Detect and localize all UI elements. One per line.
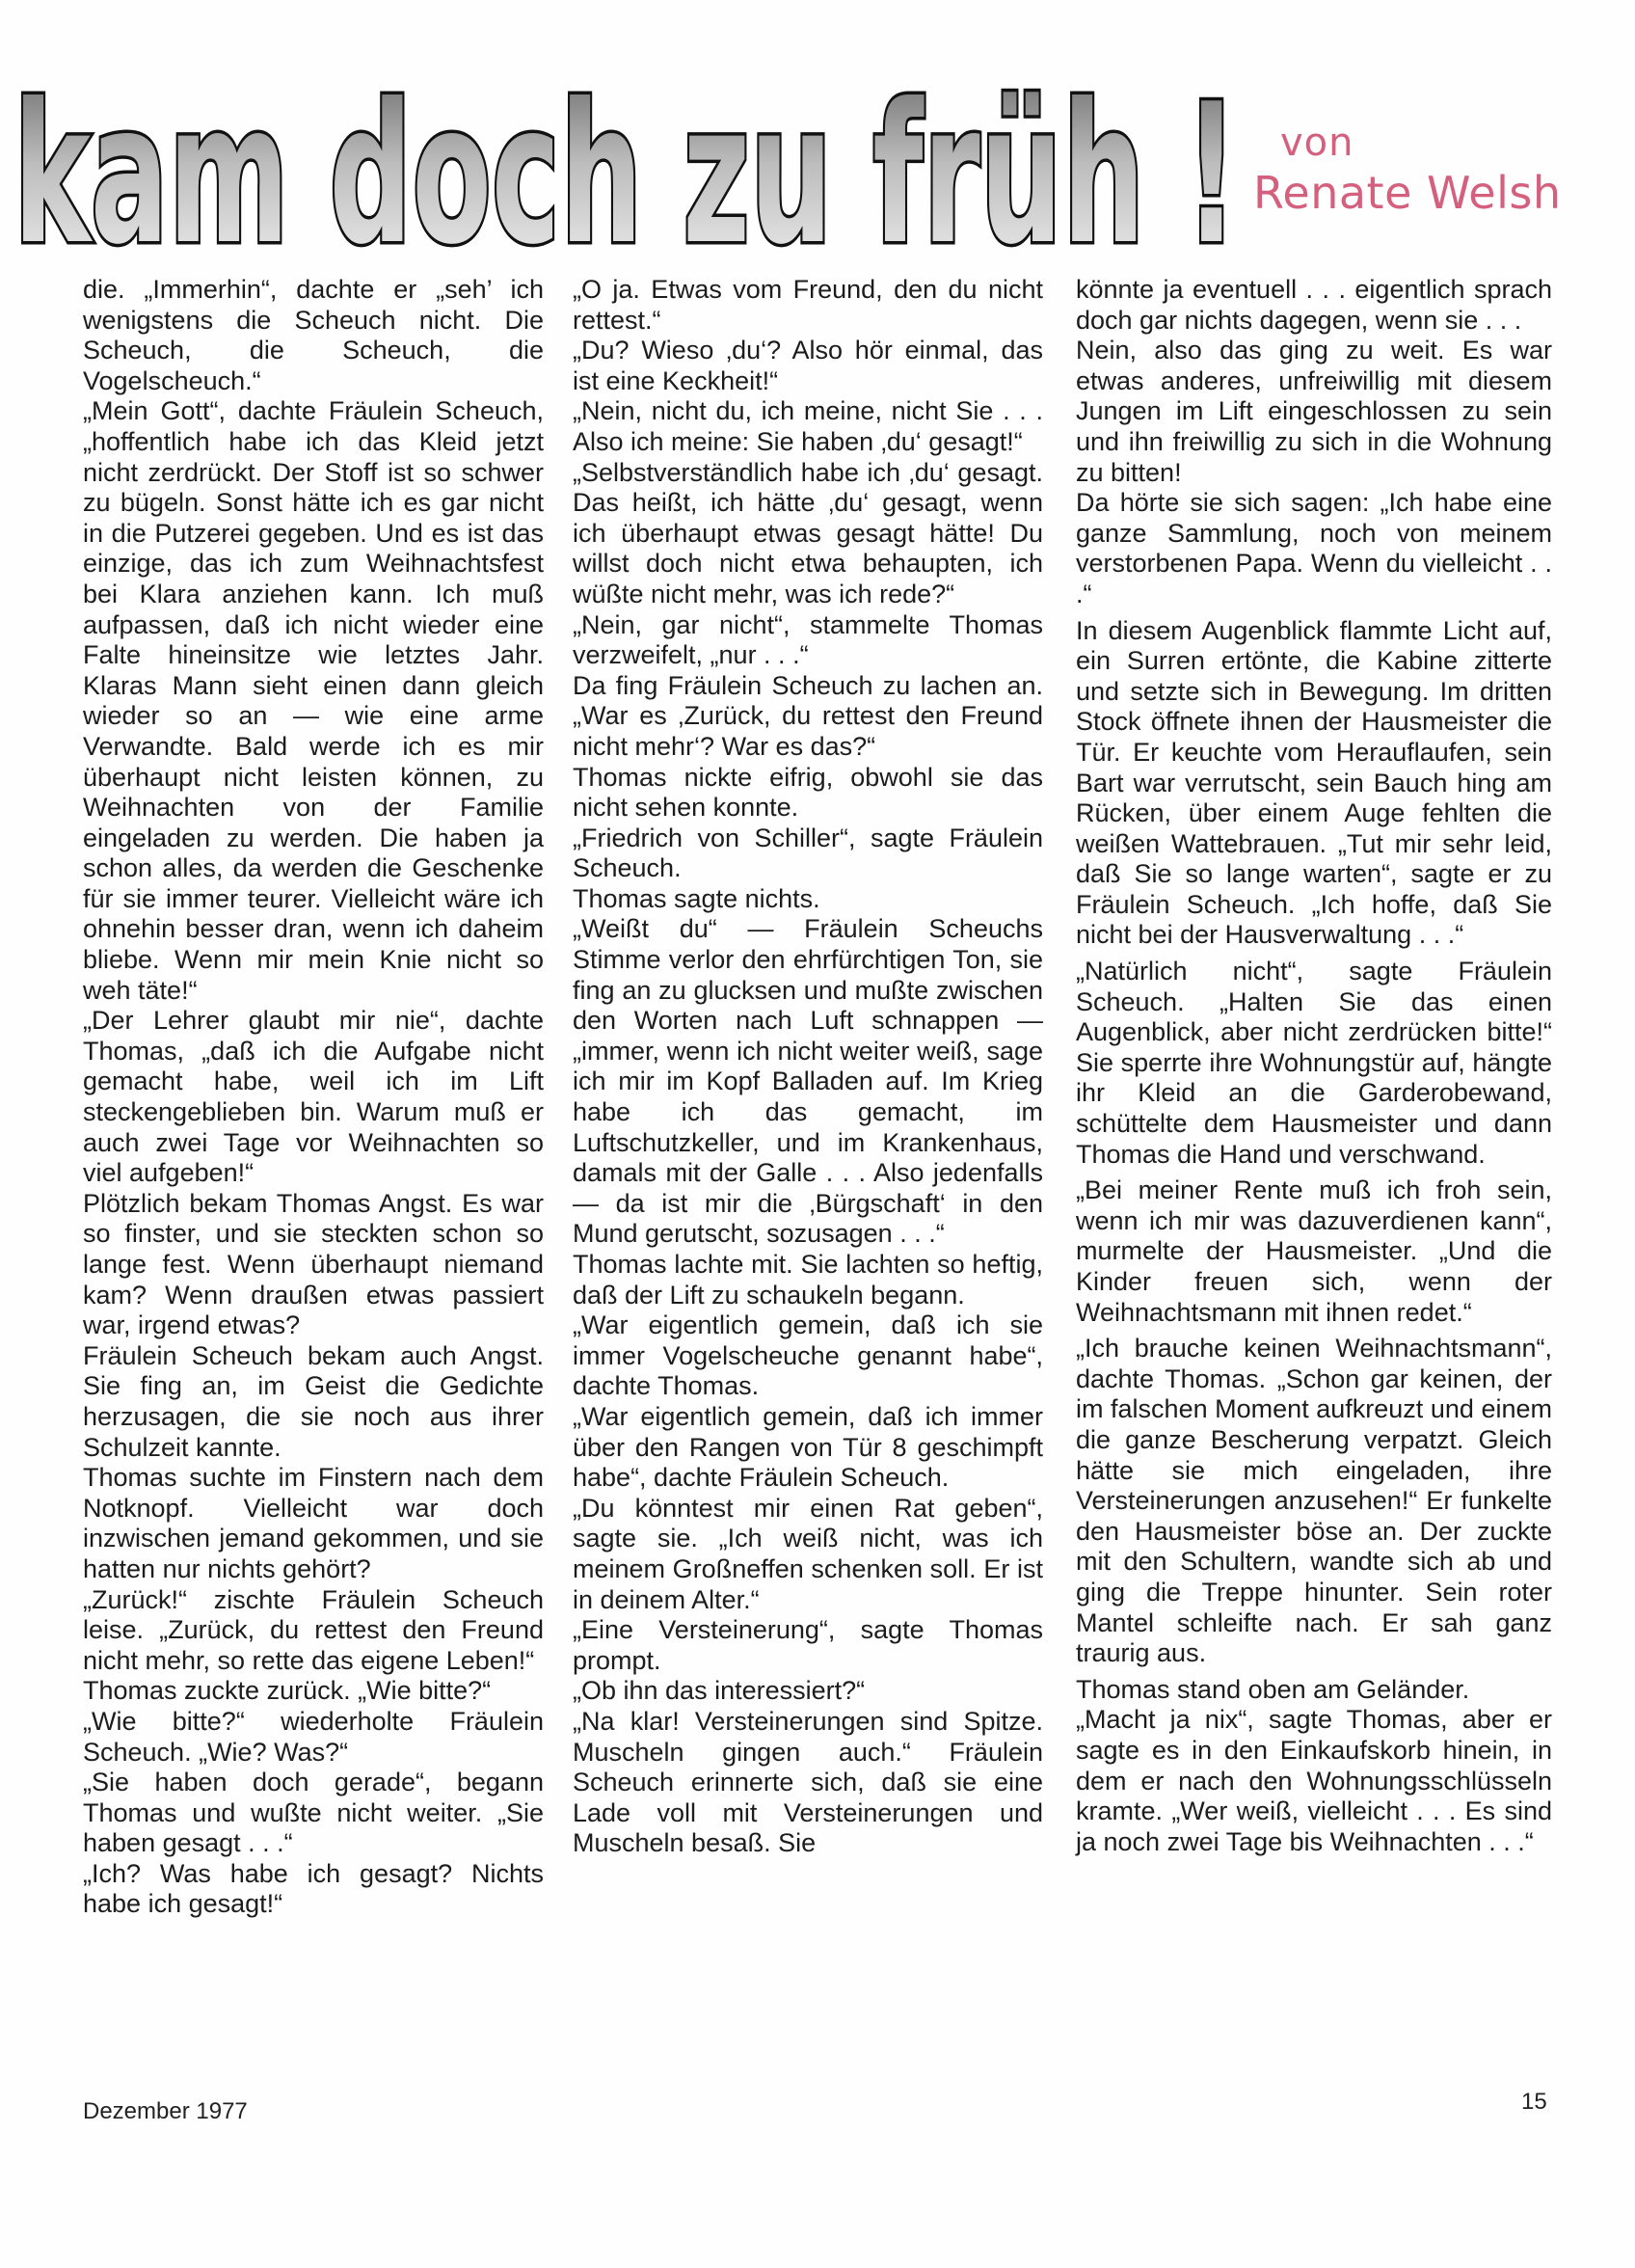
paragraph: „Selbstverständlich habe ich ‚du‘ gesagt…	[573, 458, 1043, 610]
byline: von Renate Welsh	[1253, 121, 1562, 219]
paragraph: „Mein Gott“, dachte Fräulein Scheuch, „h…	[83, 396, 544, 1006]
paragraph: Thomas nickte eifrig, obwohl sie das nic…	[573, 763, 1043, 823]
paragraph: „Natürlich nicht“, sagte Fräulein Scheuc…	[1076, 957, 1552, 1170]
paragraph: „Ich brauche keinen Weihnachtsmann“, dac…	[1076, 1334, 1552, 1669]
paragraph: Fräulein Scheuch bekam auch Angst. Sie f…	[83, 1341, 544, 1463]
byline-prefix: von	[1280, 121, 1562, 165]
paragraph: „O ja. Etwas vom Freund, den du nicht re…	[573, 275, 1043, 336]
paragraph: Thomas sagte nichts.	[573, 884, 1043, 915]
paragraph: „Nein, gar nicht“, stammelte Thomas verz…	[573, 610, 1043, 671]
paragraph: Plötzlich bekam Thomas Angst. Es war so …	[83, 1189, 544, 1341]
paragraph: Nein, also das ging zu weit. Es war etwa…	[1076, 336, 1552, 488]
paragraph: „Sie haben doch gerade“, begann Thomas u…	[83, 1768, 544, 1859]
paragraph: „Der Lehrer glaubt mir nie“, dachte Thom…	[83, 1006, 544, 1189]
paragraph: „Bei meiner Rente muß ich froh sein, wen…	[1076, 1175, 1552, 1328]
paragraph: Da fing Fräulein Scheuch zu lachen an. „…	[573, 671, 1043, 763]
paragraph: „Friedrich von Schiller“, sagte Fräulein…	[573, 823, 1043, 884]
paragraph: „War eigentlich gemein, daß ich immer üb…	[573, 1402, 1043, 1494]
paragraph: die. „Immerhin“, dachte er „seh’ ich wen…	[83, 275, 544, 396]
page-number: 15	[1521, 2089, 1547, 2116]
magazine-page: kam doch zu früh ! von Renate Welsh die.…	[0, 0, 1635, 2268]
paragraph: „Du? Wieso ‚du‘? Also hör einmal, das is…	[573, 336, 1043, 396]
paragraph: Thomas zuckte zurück. „Wie bitte?“	[83, 1676, 544, 1707]
paragraph: „Ich? Was habe ich gesagt? Nichts habe i…	[83, 1859, 544, 1920]
paragraph: Thomas suchte im Finstern nach dem Notkn…	[83, 1463, 544, 1584]
paragraph: „Eine Versteinerung“, sagte Thomas promp…	[573, 1615, 1043, 1676]
author-name: Renate Welsh	[1253, 167, 1562, 219]
paragraph: In diesem Augenblick flammte Licht auf, …	[1076, 616, 1552, 952]
paragraph: Thomas stand oben am Geländer.	[1076, 1675, 1552, 1706]
article-column-2: „O ja. Etwas vom Freund, den du nicht re…	[573, 275, 1043, 1859]
article-column-3: könnte ja eventuell . . . eigentlich spr…	[1076, 275, 1552, 1857]
paragraph: „Nein, nicht du, ich meine, nicht Sie . …	[573, 396, 1043, 457]
paragraph: „Na klar! Versteinerungen sind Spitze. M…	[573, 1707, 1043, 1859]
paragraph: Da hörte sie sich sagen: „Ich habe eine …	[1076, 488, 1552, 609]
headline-outlined-lettering: kam doch zu früh !	[10, 77, 1253, 280]
paragraph: „Zurück!“ zischte Fräulein Scheuch leise…	[83, 1585, 544, 1677]
paragraph: „Wie bitte?“ wiederholte Fräulein Scheuc…	[83, 1707, 544, 1768]
paragraph: „War eigentlich gemein, daß ich sie imme…	[573, 1310, 1043, 1402]
paragraph: „Du könntest mir einen Rat geben“, sagte…	[573, 1494, 1043, 1615]
paragraph: könnte ja eventuell . . . eigentlich spr…	[1076, 275, 1552, 336]
paragraph: „Weißt du“ — Fräulein Scheuchs Stimme ve…	[573, 914, 1043, 1250]
headline: kam doch zu früh !	[10, 77, 1253, 280]
issue-date: Dezember 1977	[83, 2098, 248, 2125]
article-column-1: die. „Immerhin“, dachte er „seh’ ich wen…	[83, 275, 544, 1920]
headline-text: kam doch zu früh !	[13, 77, 1238, 280]
paragraph: Thomas lachte mit. Sie lachten so heftig…	[573, 1250, 1043, 1310]
paragraph: „Macht ja nix“, sagte Thomas, aber er sa…	[1076, 1705, 1552, 1857]
paragraph: „Ob ihn das interessiert?“	[573, 1676, 1043, 1707]
